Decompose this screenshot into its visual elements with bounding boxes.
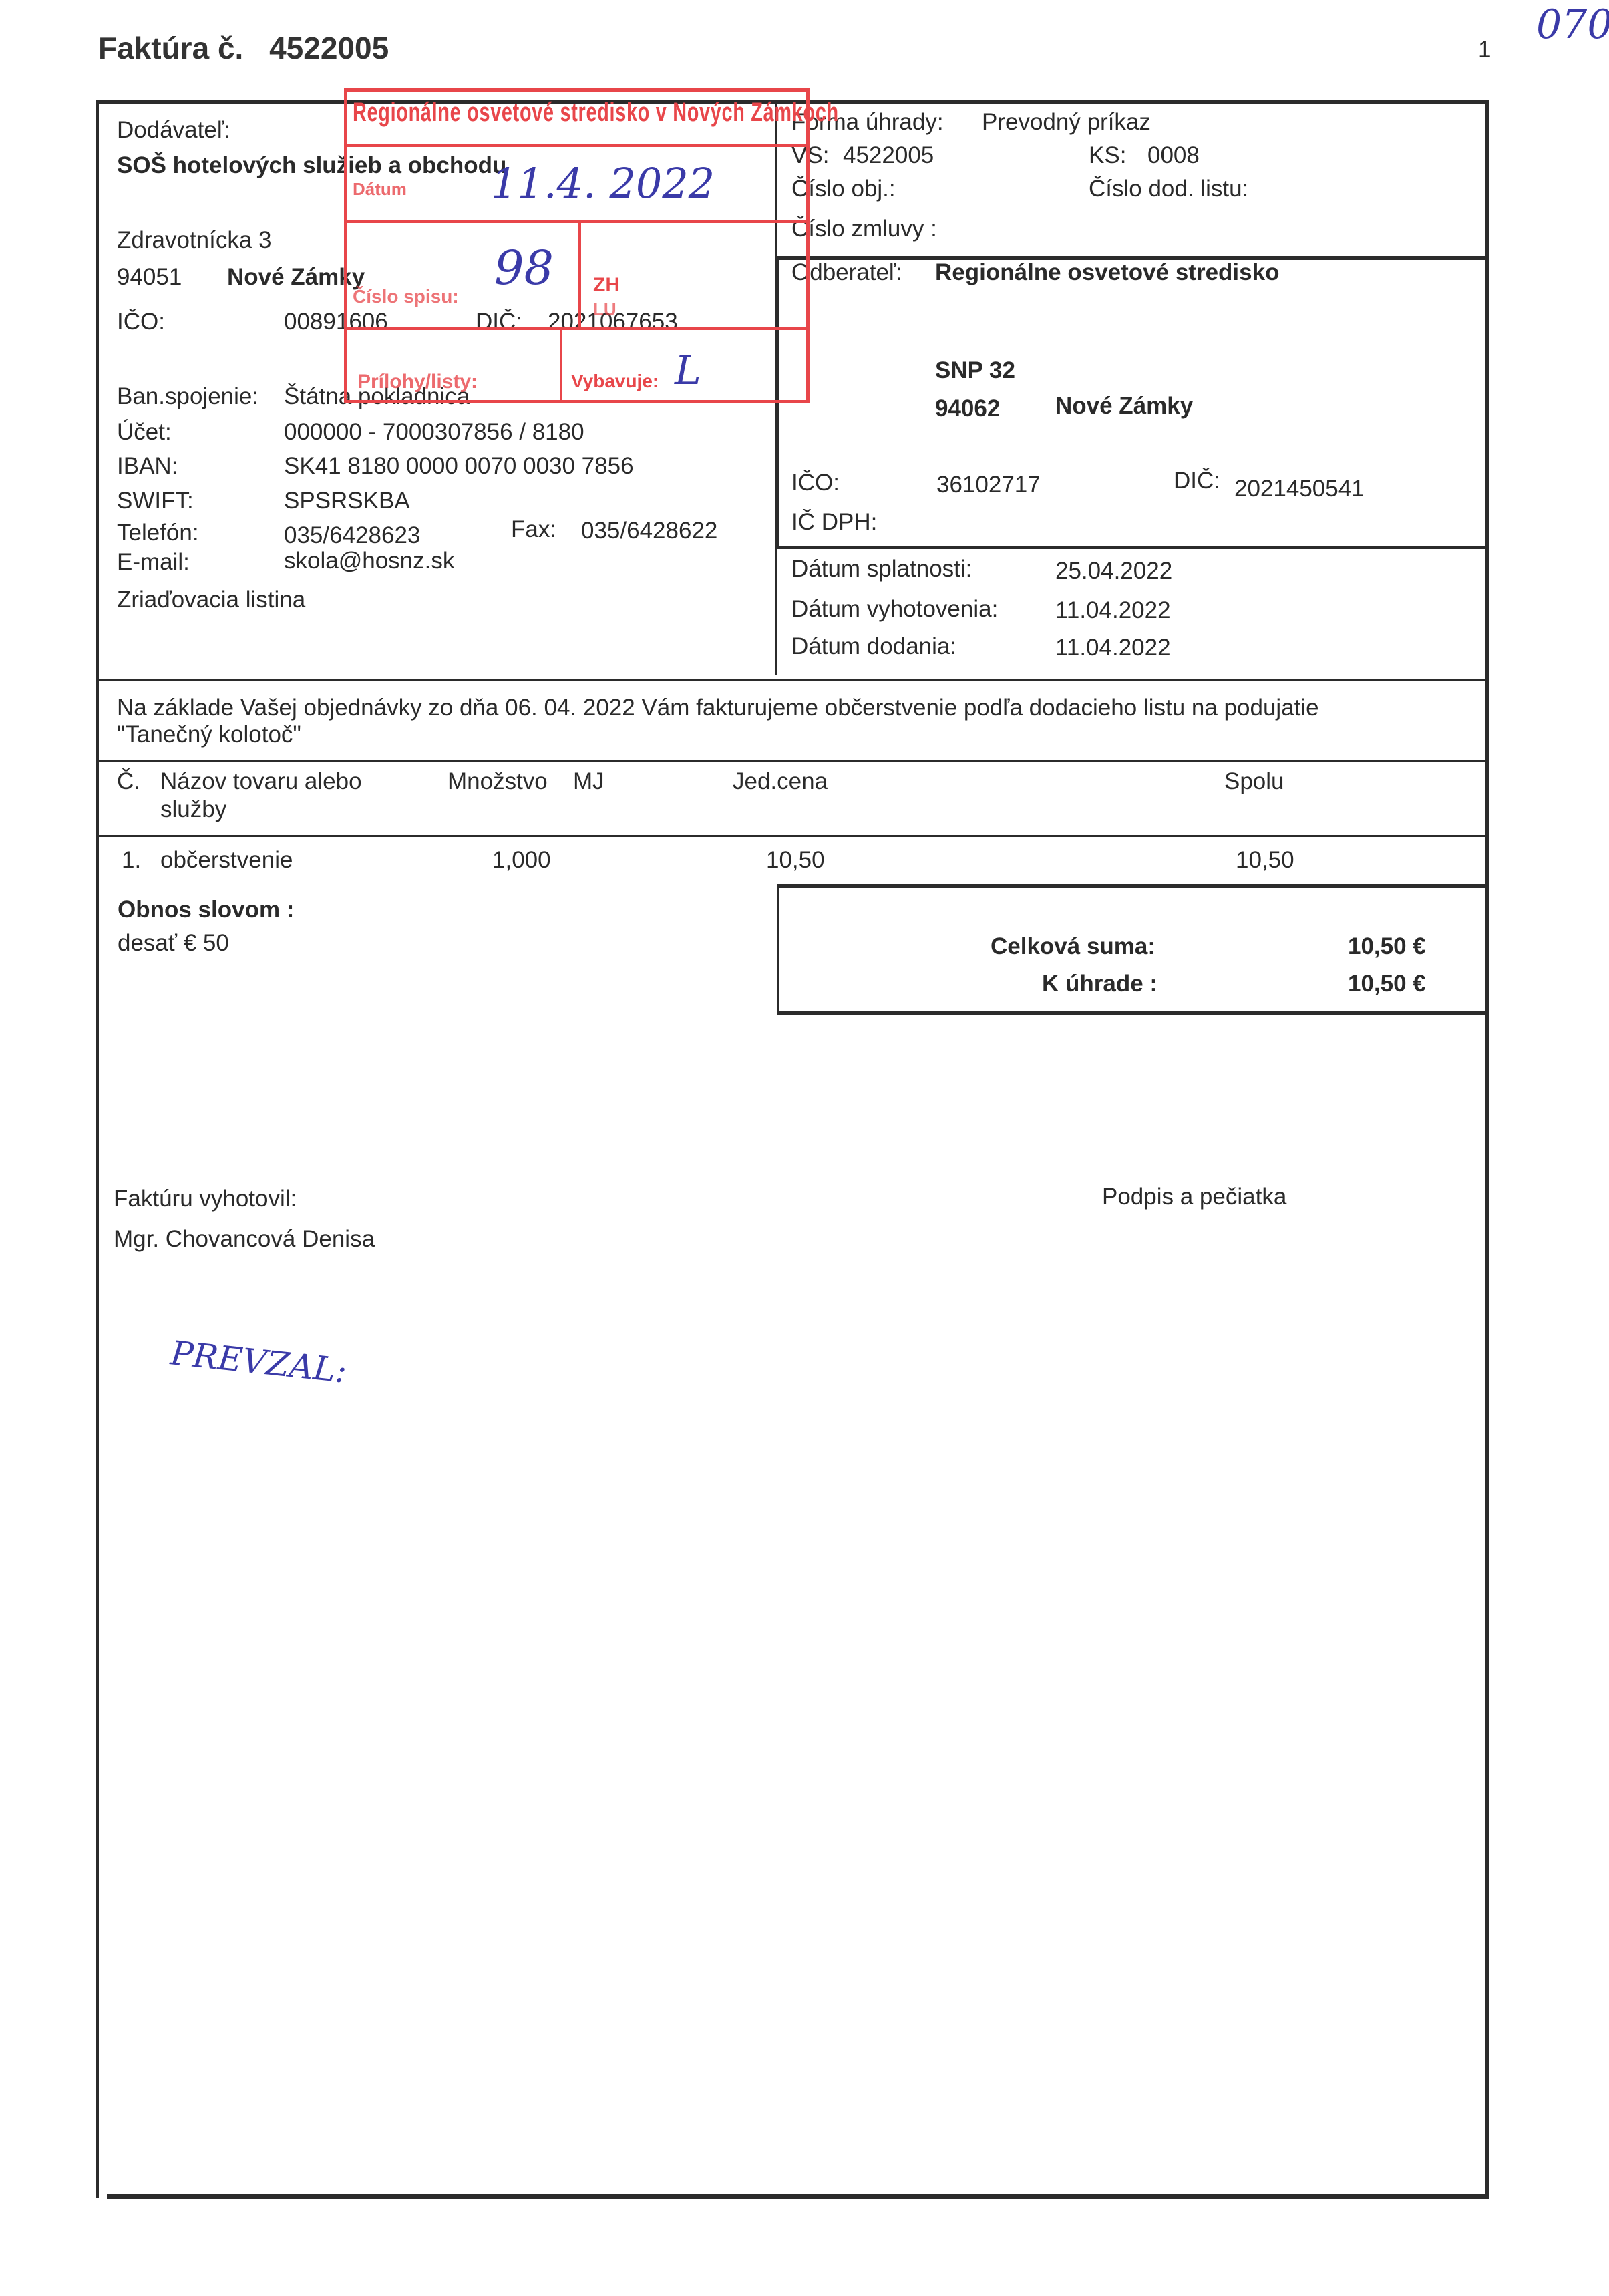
col-header-name-2: služby bbox=[160, 796, 226, 823]
col-header-qty: Množstvo bbox=[448, 768, 548, 795]
supplier-ico-label: IČO: bbox=[117, 309, 165, 335]
totals-box-left bbox=[777, 884, 779, 1014]
intro-divider bbox=[96, 679, 1489, 681]
stamp-line-1 bbox=[344, 144, 810, 147]
page-number: 1 bbox=[1478, 37, 1491, 63]
intro-line-2: "Tanečný kolotoč" bbox=[117, 721, 301, 748]
col-header-total: Spolu bbox=[1224, 768, 1284, 795]
row-no: 1. bbox=[122, 847, 141, 874]
amount-due-value: 10,50 € bbox=[1348, 971, 1426, 997]
invoice-number: 4522005 bbox=[269, 31, 389, 65]
col-header-no: Č. bbox=[117, 768, 140, 795]
row-unit-price: 10,50 bbox=[766, 847, 825, 874]
customer-city: Nové Zámky bbox=[1055, 393, 1193, 420]
handwritten-reference: 070 bbox=[1536, 1, 1609, 48]
due-date-label: Dátum splatnosti: bbox=[791, 556, 972, 583]
total-sum-label: Celková suma: bbox=[991, 933, 1155, 960]
stamp-lu-label: LU bbox=[593, 299, 616, 320]
stamp-date-label: Dátum bbox=[353, 179, 407, 200]
customer-icdph-label: IČ DPH: bbox=[791, 509, 877, 536]
table-header-divider bbox=[96, 760, 1489, 762]
row-qty: 1,000 bbox=[492, 847, 551, 874]
iban-label: IBAN: bbox=[117, 453, 178, 480]
issue-date-value: 11.04.2022 bbox=[1055, 597, 1171, 624]
swift-label: SWIFT: bbox=[117, 488, 194, 514]
signature-label: Podpis a pečiatka bbox=[1102, 1184, 1286, 1210]
bank-label: Ban.spojenie: bbox=[117, 383, 258, 410]
customer-dic: 2021450541 bbox=[1234, 476, 1365, 502]
customer-name: Regionálne osvetové stredisko bbox=[935, 259, 1279, 286]
col-header-name: Názov tovaru alebo bbox=[160, 768, 362, 795]
supplier-street: Zdravotnícka 3 bbox=[117, 227, 272, 254]
frame-bottom bbox=[107, 2194, 1489, 2199]
frame-right bbox=[1485, 100, 1489, 2198]
stamp-border bbox=[344, 88, 810, 403]
handwritten-received-note: PREVZAL: bbox=[169, 1333, 349, 1390]
ks-value: 0008 bbox=[1147, 142, 1200, 169]
stamp-zh-label: ZH bbox=[593, 274, 620, 297]
total-sum-value: 10,50 € bbox=[1348, 933, 1426, 960]
stamp-organization: Regionálne osvetové stredisko v Nových Z… bbox=[353, 98, 839, 128]
customer-street: SNP 32 bbox=[935, 357, 1015, 384]
payment-method-value: Prevodný príkaz bbox=[982, 109, 1151, 136]
row-name: občerstvenie bbox=[160, 847, 293, 874]
stamp-attachments-label: Prílohy/listy: bbox=[357, 371, 478, 393]
iban-value: SK41 8180 0000 0070 0030 7856 bbox=[284, 453, 634, 480]
stamp-handler-value: L bbox=[675, 347, 701, 394]
customer-dic-label: DIČ: bbox=[1174, 468, 1220, 494]
email-label: E-mail: bbox=[117, 549, 190, 576]
stamp-handler-label: Vybavuje: bbox=[571, 371, 659, 392]
phone-label: Telefón: bbox=[117, 520, 199, 546]
vs-value: 4522005 bbox=[843, 142, 934, 169]
customer-zip: 94062 bbox=[935, 395, 1000, 422]
issuer-name: Mgr. Chovancová Denisa bbox=[114, 1226, 375, 1253]
invoice-title-label: Faktúra č. bbox=[98, 31, 243, 65]
stamp-file-number-label: Číslo spisu: bbox=[353, 286, 459, 307]
col-header-unit: MJ bbox=[573, 768, 604, 795]
ks-label: KS: bbox=[1089, 142, 1126, 169]
delivery-date-value: 11.04.2022 bbox=[1055, 635, 1171, 661]
account-number: 000000 - 7000307856 / 8180 bbox=[284, 419, 584, 446]
stamp-date-value: 11.4. 2022 bbox=[491, 159, 715, 208]
stamp-vline-1 bbox=[578, 220, 581, 329]
frame-left bbox=[96, 100, 99, 2198]
invoice-title: Faktúra č. 4522005 bbox=[98, 30, 389, 66]
amount-due-label: K úhrade : bbox=[1042, 971, 1157, 997]
intro-line-1: Na základe Vašej objednávky zo dňa 06. 0… bbox=[117, 695, 1319, 721]
supplier-label: Dodávateľ: bbox=[117, 117, 230, 144]
phone-value: 035/6428623 bbox=[284, 522, 420, 549]
delivery-date-label: Dátum dodania: bbox=[791, 633, 956, 660]
email-link[interactable]: skola@hosnz.sk bbox=[284, 548, 454, 575]
customer-box-bottom bbox=[775, 546, 1489, 549]
stamp-line-3 bbox=[344, 327, 810, 330]
stamp-line-2 bbox=[344, 220, 810, 223]
issuer-label: Faktúru vyhotovil: bbox=[114, 1186, 297, 1212]
stamp-vline-2 bbox=[560, 327, 562, 402]
supplier-zip: 94051 bbox=[117, 264, 182, 291]
customer-ico-label: IČO: bbox=[791, 470, 840, 496]
account-label: Účet: bbox=[117, 419, 172, 446]
issue-date-label: Dátum vyhotovenia: bbox=[791, 596, 998, 623]
registration-text: Zriaďovacia listina bbox=[117, 587, 305, 613]
swift-value: SPSRSKBA bbox=[284, 488, 410, 514]
table-body-divider bbox=[96, 835, 1489, 837]
contract-label: Číslo zmluvy : bbox=[791, 216, 937, 242]
totals-box-bottom bbox=[777, 1011, 1489, 1015]
fax-label: Fax: bbox=[511, 516, 556, 543]
totals-box-top bbox=[777, 884, 1489, 888]
amount-words-value: desať € 50 bbox=[118, 930, 229, 957]
customer-ico: 36102717 bbox=[936, 472, 1041, 498]
delivery-note-label: Číslo dod. listu: bbox=[1089, 176, 1248, 202]
row-total: 10,50 bbox=[1236, 847, 1294, 874]
due-date-value: 25.04.2022 bbox=[1055, 558, 1172, 585]
amount-words-label: Obnos slovom : bbox=[118, 896, 294, 923]
fax-value: 035/6428622 bbox=[581, 518, 717, 544]
stamp-file-number-value: 98 bbox=[494, 240, 554, 295]
col-header-unit-price: Jed.cena bbox=[733, 768, 828, 795]
